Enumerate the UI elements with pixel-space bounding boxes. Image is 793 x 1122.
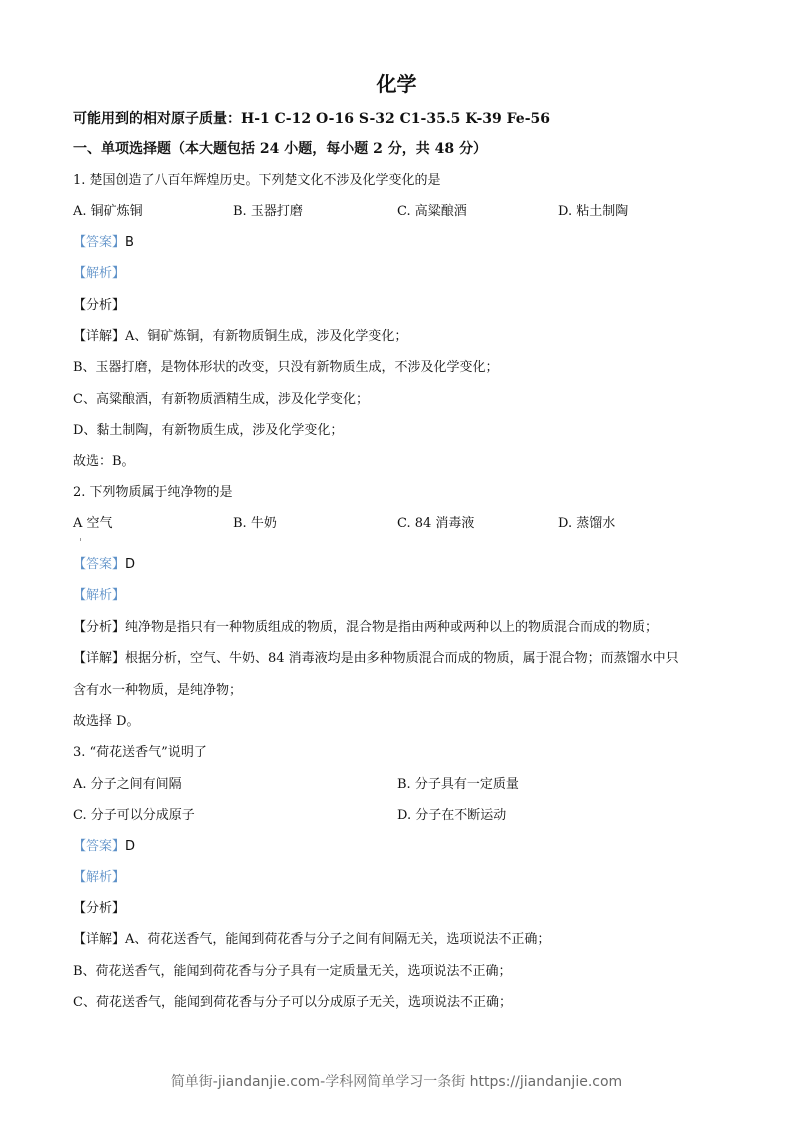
question-2-answer: 【答案】D (73, 557, 135, 573)
question-1-detail-line: D、黏土制陶，有新物质生成，涉及化学变化； (73, 423, 343, 439)
question-3-explain-label: 【解析】 (73, 870, 125, 886)
question-3-option-b: B. 分子具有一定质量 (397, 777, 519, 793)
question-1-option-a: A. 铜矿炼铜 (73, 204, 143, 220)
question-2-stem: 2. 下列物质属于纯净物的是 (73, 485, 233, 501)
question-2-explain-label: 【解析】 (73, 588, 125, 604)
question-2-detail-line: 【详解】根据分析，空气、牛奶、84 消毒液均是由多种物质混合而成的物质，属于混合… (73, 651, 679, 667)
answer-label: 【答案】 (73, 235, 125, 250)
question-1-conclusion: 故选：B。 (73, 454, 135, 470)
answer-label: 【答案】 (73, 839, 125, 854)
question-2-option-b: B. 牛奶 (233, 516, 277, 532)
atomic-masses: 可能用到的相对原子质量：H-1 C-12 O-16 S-32 C1-35.5 K… (73, 111, 550, 127)
question-2-option-a: A 空气 (73, 516, 113, 532)
question-2-conclusion: 故选择 D。 (73, 714, 140, 730)
answer-value: D (125, 839, 135, 854)
question-3-detail-line: B、荷花送香气，能闻到荷花香与分子具有一定质量无关，选项说法不正确； (73, 964, 512, 980)
question-3-option-c: C. 分子可以分成原子 (73, 808, 195, 824)
page-title: 化学 (0, 68, 793, 97)
question-1-option-b: B. 玉器打磨 (233, 204, 303, 220)
question-1-analysis-label: 【分析】 (73, 298, 125, 314)
question-3-answer: 【答案】D (73, 839, 135, 855)
document-page: 化学 可能用到的相对原子质量：H-1 C-12 O-16 S-32 C1-35.… (0, 0, 793, 1122)
question-3-option-a: A. 分子之间有间隔 (73, 777, 182, 793)
question-3-detail-line: 【详解】A、荷花送香气，能闻到荷花香与分子之间有间隔无关，选项说法不正确； (73, 932, 550, 948)
question-3-analysis-label: 【分析】 (73, 901, 125, 917)
question-1-option-c: C. 高粱酿酒 (397, 204, 467, 220)
footer-watermark: 简单街-jiandanjie.com-学科网简单学习一条街 https://ji… (0, 1071, 793, 1091)
question-3-option-d: D. 分子在不断运动 (397, 808, 506, 824)
answer-label: 【答案】 (73, 557, 125, 572)
question-3-stem: 3. “荷花送香气”说明了 (73, 745, 207, 761)
answer-value: D (125, 557, 135, 572)
question-1-option-d: D. 粘土制陶 (558, 204, 628, 220)
answer-value: B (125, 235, 134, 250)
section-heading: 一、单项选择题（本大题包括 24 小题，每小题 2 分，共 48 分） (73, 141, 487, 157)
question-3-detail-line: C、荷花送香气，能闻到荷花香与分子可以分成原子无关，选项说法不正确； (73, 995, 512, 1011)
question-1-stem: 1. 楚国创造了八百年辉煌历史。下列楚文化不涉及化学变化的是 (73, 173, 441, 189)
stray-mark (80, 538, 81, 541)
question-1-answer: 【答案】B (73, 235, 134, 251)
question-1-detail-line: B、玉器打磨，是物体形状的改变，只没有新物质生成，不涉及化学变化； (73, 360, 499, 376)
question-2-option-d: D. 蒸馏水 (558, 516, 615, 532)
question-2-option-c: C. 84 消毒液 (397, 516, 474, 532)
question-1-detail-line: C、高粱酿酒，有新物质酒精生成，涉及化学变化； (73, 392, 369, 408)
question-2-analysis: 【分析】纯净物是指只有一种物质组成的物质，混合物是指由两种或两种以上的物质混合而… (73, 620, 658, 636)
question-1-explain-label: 【解析】 (73, 266, 125, 282)
question-1-detail-line: 【详解】A、铜矿炼铜，有新物质铜生成，涉及化学变化； (73, 329, 407, 345)
question-2-detail-line: 含有水一种物质，是纯净物； (73, 683, 242, 699)
